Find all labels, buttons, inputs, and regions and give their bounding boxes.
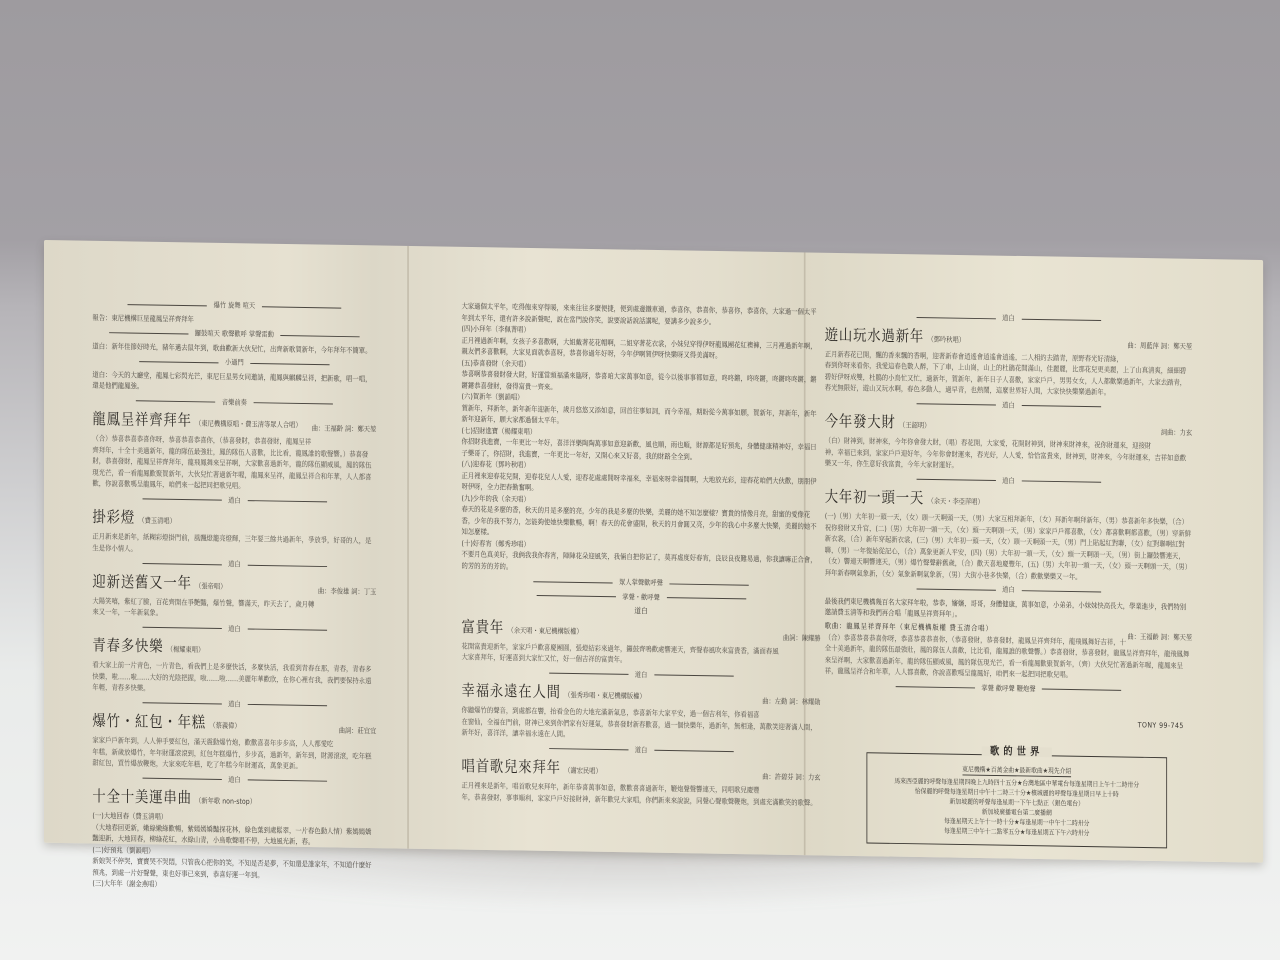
lyric-line: 最後我們東尼機構幾百名大家拜年啦，恭恭，嬸嬸，哥哥，身體健康，萬事如意，小弟弟，… [825, 595, 1192, 624]
song-name: 幸福永遠在人間 [462, 681, 561, 701]
song-credits: 曲：許碧芬 詞：力玄 [762, 766, 820, 789]
song-lyrics: (一)（男）大年初一頭一天，（女）頭一天啊頭一天，（男）大家互相拜新年，（女）拜… [825, 511, 1192, 585]
song-lyrics: 正月新來是新年，紙糊彩燈掛門前，風飄燈籠亮燈輝，三年要三餘共過新年，爭放爭，好哥… [92, 531, 376, 558]
song-lyrics: 家家戶戶新年到，人人伸手要紅包，滿天震動爆竹炮，歡歡喜喜年步步高，人人都愛吃年糕… [92, 735, 376, 773]
radio-box-title: 歌的世界 [982, 746, 1052, 757]
song-performer: （鄧吟秋唱） [927, 334, 965, 343]
song-lyrics: （白）財神到，財神來，今年你會發大財，（唱）春花開，大家愛，花開財神到，財神來財… [825, 435, 1192, 475]
song-performer: （余天唱・東尼機構版權） [507, 625, 582, 635]
song-performer: （楊耀東唱） [167, 645, 205, 654]
song-credits: 曲：王福齡 詞：鄭天堃 [312, 418, 377, 441]
panel-right-content: 道白遊山玩水過新年（鄧吟秋唱）曲：周藍萍 詞：鄭天堃正月新春花已開，飄的香來飄的… [825, 310, 1192, 697]
lyric-line: 報告：東尼機構巨星龍鳳呈祥齊拜年 [92, 312, 376, 328]
song-credits: 曲詞：陳耀勝 [783, 627, 821, 649]
song-credits: 曲：左勤 詞：林耀勛 [762, 691, 820, 714]
panel-center: 大家過個太平年，吃得飽來穿得暖，來來往往多麼便捷，便到處邊鐵車通，恭喜你，恭喜你… [462, 301, 821, 809]
song-name: 掛彩燈 [92, 507, 135, 526]
song-name: 大年初一頭一天 [825, 487, 924, 507]
song-credits: 曲：周藍萍 詞：鄭天堃 [1128, 335, 1193, 358]
song-performer: （張秀珍唱・東尼機構版權） [564, 691, 645, 701]
song-name: 今年發大財 [825, 412, 896, 432]
section-divider: 鑼鼓喧天 歌聲歡呼 掌聲雷動 [92, 326, 376, 342]
section-divider: 道白 [92, 556, 376, 572]
song-name: 爆竹・紅包・年糕 [92, 711, 206, 731]
radio-box-subtitle: 東尼機構★百萬金曲★最新歌曲★現先介紹 [962, 764, 1071, 777]
song-performer: （東尼機構原唱・費玉清等眾人合唱） [195, 419, 301, 430]
song-lyrics: 花開富貴迎新年，家家戶戶歡喜慶團圓，張燈結彩來過年，鑼鼓齊鳴歡處響連天，齊聲春風… [462, 640, 821, 668]
song-name: 唱首歌兒來拜年 [462, 756, 561, 776]
section-divider: 道白 [92, 771, 376, 787]
section-divider: 道白 [92, 696, 376, 712]
song-performer: （余天・李亞萍唱） [927, 497, 983, 507]
song-performer: （謝宏民唱） [564, 766, 602, 775]
catalog-number: TONY 99-745 [825, 714, 1184, 731]
radio-box-lines: 馬來西亞麗的呼聲每逢星期四晚上九時四十五分★台灣地區中華電台每逢星期日上午十二時… [874, 775, 1160, 838]
radio-schedule-box: 歌的世界 東尼機構★百萬金曲★最新歌曲★現先介紹 馬來西亞麗的呼聲每逢星期四晚上… [866, 752, 1167, 848]
fold-line [407, 246, 409, 849]
song-name: 富貴年 [462, 617, 505, 636]
lyric-insert-sheet: 爆竹 旋舞 喧天報告：東尼機構巨星龍鳳呈祥齊拜年鑼鼓喧天 歌聲歡呼 掌聲雷動道白… [44, 240, 1263, 863]
lyric-line: 道白：今天的大廳堂，龍鳳七彩閃光芒，東尼巨星男女同邀請，龍鳳與麒麟呈祥，把新歌，… [92, 369, 376, 396]
song-performer: （張帝唱） [195, 581, 226, 590]
song-performer: （蔡義偉） [209, 721, 240, 730]
song-name: 歌曲：龍鳳呈祥齊拜年（東尼機構版權 費玉清合唱） [825, 621, 993, 633]
song-name: 青春多快樂 [92, 636, 163, 656]
song-performer: （新年歌 non-stop） [195, 796, 256, 806]
song-name: 龍鳳呈祥齊拜年 [92, 409, 191, 429]
song-name: 遊山玩水過新年 [825, 325, 924, 345]
song-lyrics: （合）恭喜恭喜恭喜你呀，恭喜恭喜恭喜你，（恭喜發財，恭喜發財，龍鳳呈祥齊拜年，十… [92, 433, 376, 494]
section-divider: 音樂前奏 [92, 394, 376, 410]
song-lyrics: 看大家上前一片青色，一片青色，看我們上是多麼快活，多麼快活，我看到青春在那，青春… [92, 659, 376, 697]
lyric-line: 不要月色真美好，我俩我我你春宵，陣陣花朵迎風笑，我倆自把你記了，莫再虛度好春宵，… [462, 549, 821, 577]
song-name: 十全十美運串曲 [92, 787, 191, 807]
section-divider: 道白 [92, 492, 376, 508]
song-performer: （王韶明） [899, 421, 930, 430]
song-credits: 曲：王福齡 詞：鄭天堃 [1128, 631, 1193, 644]
section-divider: 道白 [92, 621, 376, 637]
lyric-line: 道白：新年佳節好時光，豬年邁去鼠年到，歌曲歡新大伙兒忙，出齊新歌賀新年，今年拜年… [92, 340, 376, 356]
song-performer: （費玉清唱） [138, 516, 176, 525]
panel-right: 道白遊山玩水過新年（鄧吟秋唱）曲：周藍萍 詞：鄭天堃正月新春花已開，飄的香來飄的… [825, 307, 1192, 849]
song-name: 迎新送舊又一年 [92, 572, 191, 592]
panel-left: 爆竹 旋舞 喧天報告：東尼機構巨星龍鳳呈祥齊拜年鑼鼓喧天 歌聲歡呼 掌聲雷動道白… [92, 295, 376, 894]
song-credits: 曲：李俊雄 詞：丁玉 [318, 580, 376, 603]
section-divider: 掌聲 歡呼聲 鞭炮聲 [825, 680, 1192, 697]
section-divider: 小過門 [92, 354, 376, 370]
song-credits: 詞曲：力玄 [1161, 422, 1192, 444]
section-divider: 爆竹 旋舞 喧天 [92, 298, 376, 314]
song-credits: 曲詞：莊宜宜 [339, 720, 377, 742]
